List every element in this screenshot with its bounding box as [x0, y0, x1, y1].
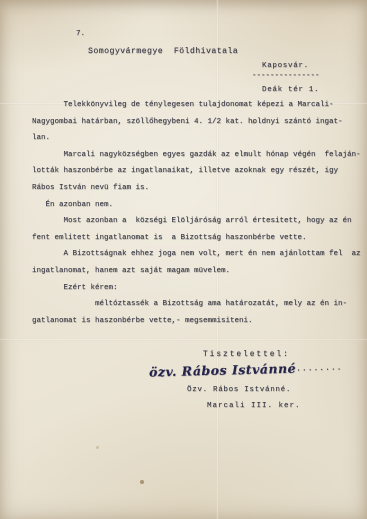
typed-signature: Özv. Rábos Istvánné.: [187, 385, 291, 395]
body-line: méltóztassék a Bizottság ama határozatát…: [32, 296, 364, 313]
paper-horizontal-crease-bottom: [0, 338, 367, 341]
handwritten-signature: özv. Rábos Istvánné........: [149, 359, 343, 379]
city-underline: ---------------: [252, 71, 320, 81]
recipient-office: Somogyvármegye Földhivatala: [88, 47, 238, 57]
letter-page: 7. Somogyvármegye Földhivatala Kaposvár.…: [0, 0, 367, 519]
body-line: Most azonban a községi Elöljáróság arról…: [32, 213, 364, 230]
letter-body: Telekkönyvileg de ténylegesen tulajdonom…: [32, 97, 364, 329]
body-line: Én azonban nem.: [32, 197, 364, 214]
body-line: lották haszonbérbe az ingatlanaikat, ill…: [32, 163, 364, 180]
body-line: Rábos István nevü fiam is.: [32, 180, 364, 197]
salutation: Tisztelettel:: [203, 350, 290, 360]
paper-stain-speck: [96, 446, 99, 449]
district-line: Marcali III. ker.: [207, 401, 301, 411]
body-line: A Bizottságnak ehhez joga nem volt, mert…: [32, 246, 364, 263]
body-line: ingatlanomat, hanem azt saját magam müve…: [32, 263, 364, 280]
body-line: Telekkönyvileg de ténylegesen tulajdonom…: [32, 97, 364, 114]
body-line: Ezért kérem:: [32, 280, 364, 297]
signature-dotted-line: ........: [296, 363, 343, 373]
paper-stain-speck: [140, 480, 144, 484]
address-line: Deák tér 1.: [262, 85, 319, 95]
handwritten-signature-name: özv. Rábos Istvánné: [149, 361, 296, 380]
body-line: Nagygombai határban, szöllőhegybeni 4. 1…: [32, 114, 364, 131]
body-line: lan.: [32, 130, 364, 147]
body-line: fent emlitett ingatlanomat is a Bizottsá…: [32, 230, 364, 247]
city-line: Kaposvár.: [262, 61, 309, 71]
body-line: gatlanomat is haszonbérbe vette,- megsem…: [32, 313, 364, 330]
page-number: 7.: [76, 29, 85, 39]
body-line: Marcali nagyközségben egyes gazdák az el…: [32, 147, 364, 164]
